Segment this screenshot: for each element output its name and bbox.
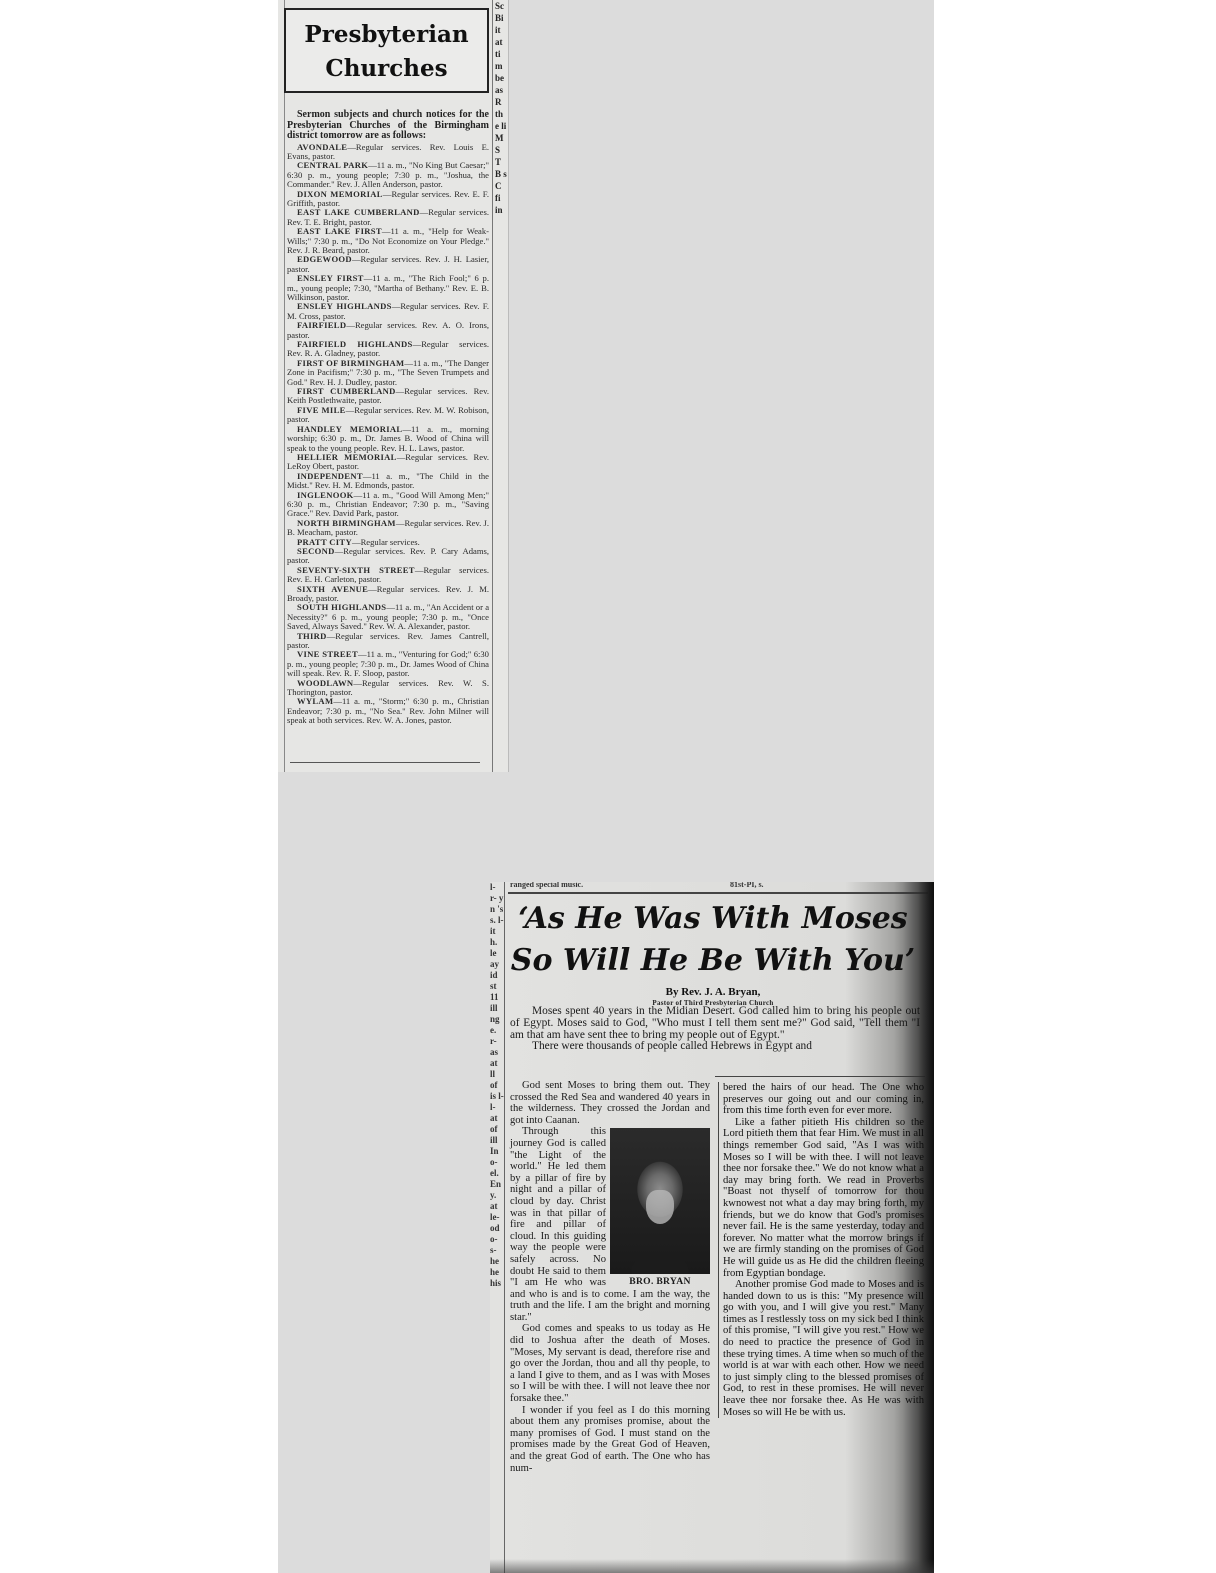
column-rule xyxy=(715,1076,925,1077)
church-entry: WYLAM—11 a. m., "Storm;" 6:30 p. m., Chr… xyxy=(287,697,489,725)
article-headline: ‘As He Was With Moses So Will He Be With… xyxy=(508,898,918,982)
top-fragment: ranged special music. 81st-PI, s. xyxy=(510,882,928,892)
end-rule xyxy=(290,762,480,763)
church-entry: FIVE MILE—Regular services. Rev. M. W. R… xyxy=(287,406,489,425)
photo-caption: BRO. BRYAN xyxy=(610,1276,710,1288)
byline: By Rev. J. A. Bryan, xyxy=(508,986,918,998)
portrait-figure xyxy=(646,1190,674,1224)
church-entry: FAIRFIELD HIGHLANDS—Regular services. Re… xyxy=(287,340,489,359)
church-entry: HANDLEY MEMORIAL—11 a. m., morning worsh… xyxy=(287,425,489,453)
listing-title-line1: Presbyterian xyxy=(286,18,487,52)
column-paragraph: Another promise God made to Moses and is… xyxy=(723,1279,924,1418)
headline-line2: So Will He Be With You’ xyxy=(508,940,918,982)
church-entry: THIRD—Regular services. Rev. James Cantr… xyxy=(287,632,489,651)
church-entry: SIXTH AVENUE—Regular services. Rev. J. M… xyxy=(287,585,489,604)
church-entry: SOUTH HIGHLANDS—11 a. m., "An Accident o… xyxy=(287,603,489,631)
right-gutter-fragment: Sc Bi it at ti m be as R th e li M S T B… xyxy=(492,0,508,772)
lead-paragraph: Moses spent 40 years in the Midian Deser… xyxy=(510,1006,920,1041)
church-entry: HELLIER MEMORIAL—Regular services. Rev. … xyxy=(287,453,489,472)
column-paragraph: I wonder if you feel as I do this mornin… xyxy=(510,1405,710,1475)
top-rule xyxy=(508,892,928,894)
top-fragment-left: ranged special music. xyxy=(510,882,583,889)
scan-shadow-bottom xyxy=(490,1559,934,1573)
column-paragraph: Like a father pitieth His children so th… xyxy=(723,1117,924,1279)
left-gutter-fragment: l- r- y n 's s. l- it h. le ay id st 11 … xyxy=(490,882,505,1573)
column-paragraph: God sent Moses to bring them out. They c… xyxy=(510,1080,710,1126)
church-entry: ENSLEY FIRST—11 a. m., "The Rich Fool;" … xyxy=(287,274,489,302)
author-photo xyxy=(610,1128,710,1274)
column-paragraph: God comes and speaks to us today as He d… xyxy=(510,1323,710,1404)
church-entry: VINE STREET—11 a. m., "Venturing for God… xyxy=(287,650,489,678)
column-paragraph: bered the hairs of our head. The One who… xyxy=(723,1082,924,1117)
top-fragment-right: 81st-PI, s. xyxy=(730,882,764,889)
listing-intro: Sermon subjects and church notices for t… xyxy=(287,110,489,142)
church-entry: INDEPENDENT—11 a. m., "The Child in the … xyxy=(287,472,489,491)
church-entry: EDGEWOOD—Regular services. Rev. J. H. La… xyxy=(287,255,489,274)
church-entry: EAST LAKE FIRST—11 a. m., "Help for Weak… xyxy=(287,227,489,255)
article-column-right: bered the hairs of our head. The One who… xyxy=(718,1082,924,1418)
lead-paragraph: There were thousands of people called He… xyxy=(510,1041,920,1053)
church-entry: DIXON MEMORIAL—Regular services. Rev. E.… xyxy=(287,190,489,209)
church-entry: ENSLEY HIGHLANDS—Regular services. Rev. … xyxy=(287,302,489,321)
listing-title-line2: Churches xyxy=(286,52,487,86)
church-entry: AVONDALE—Regular services. Rev. Louis E.… xyxy=(287,143,489,162)
church-entry: NORTH BIRMINGHAM—Regular services. Rev. … xyxy=(287,519,489,538)
church-entry: EAST LAKE CUMBERLAND—Regular services. R… xyxy=(287,208,489,227)
church-entry: FAIRFIELD—Regular services. Rev. A. O. I… xyxy=(287,321,489,340)
sermon-article-clipping: l- r- y n 's s. l- it h. le ay id st 11 … xyxy=(490,882,934,1573)
church-entries: AVONDALE—Regular services. Rev. Louis E.… xyxy=(287,143,489,726)
church-entry: SEVENTY-SIXTH STREET—Regular services. R… xyxy=(287,566,489,585)
church-entry: FIRST CUMBERLAND—Regular services. Rev. … xyxy=(287,387,489,406)
listing-title-box: Presbyterian Churches xyxy=(284,8,489,93)
church-entry: INGLENOOK—11 a. m., "Good Will Among Men… xyxy=(287,491,489,519)
article-lead: Moses spent 40 years in the Midian Deser… xyxy=(510,1006,920,1053)
left-gutter-fragment xyxy=(278,0,285,772)
headline-line1: ‘As He Was With Moses xyxy=(508,898,918,940)
church-entry: SECOND—Regular services. Rev. P. Cary Ad… xyxy=(287,547,489,566)
church-entry: FIRST OF BIRMINGHAM—11 a. m., "The Dange… xyxy=(287,359,489,387)
article-column-left: God sent Moses to bring them out. They c… xyxy=(510,1080,710,1474)
church-entry: WOODLAWN—Regular services. Rev. W. S. Th… xyxy=(287,679,489,698)
church-listing-clipping: Presbyterian Churches Sermon subjects an… xyxy=(278,0,509,772)
listing-body: Sermon subjects and church notices for t… xyxy=(287,100,489,726)
church-entry: CENTRAL PARK—11 a. m., "No King But Caes… xyxy=(287,161,489,189)
